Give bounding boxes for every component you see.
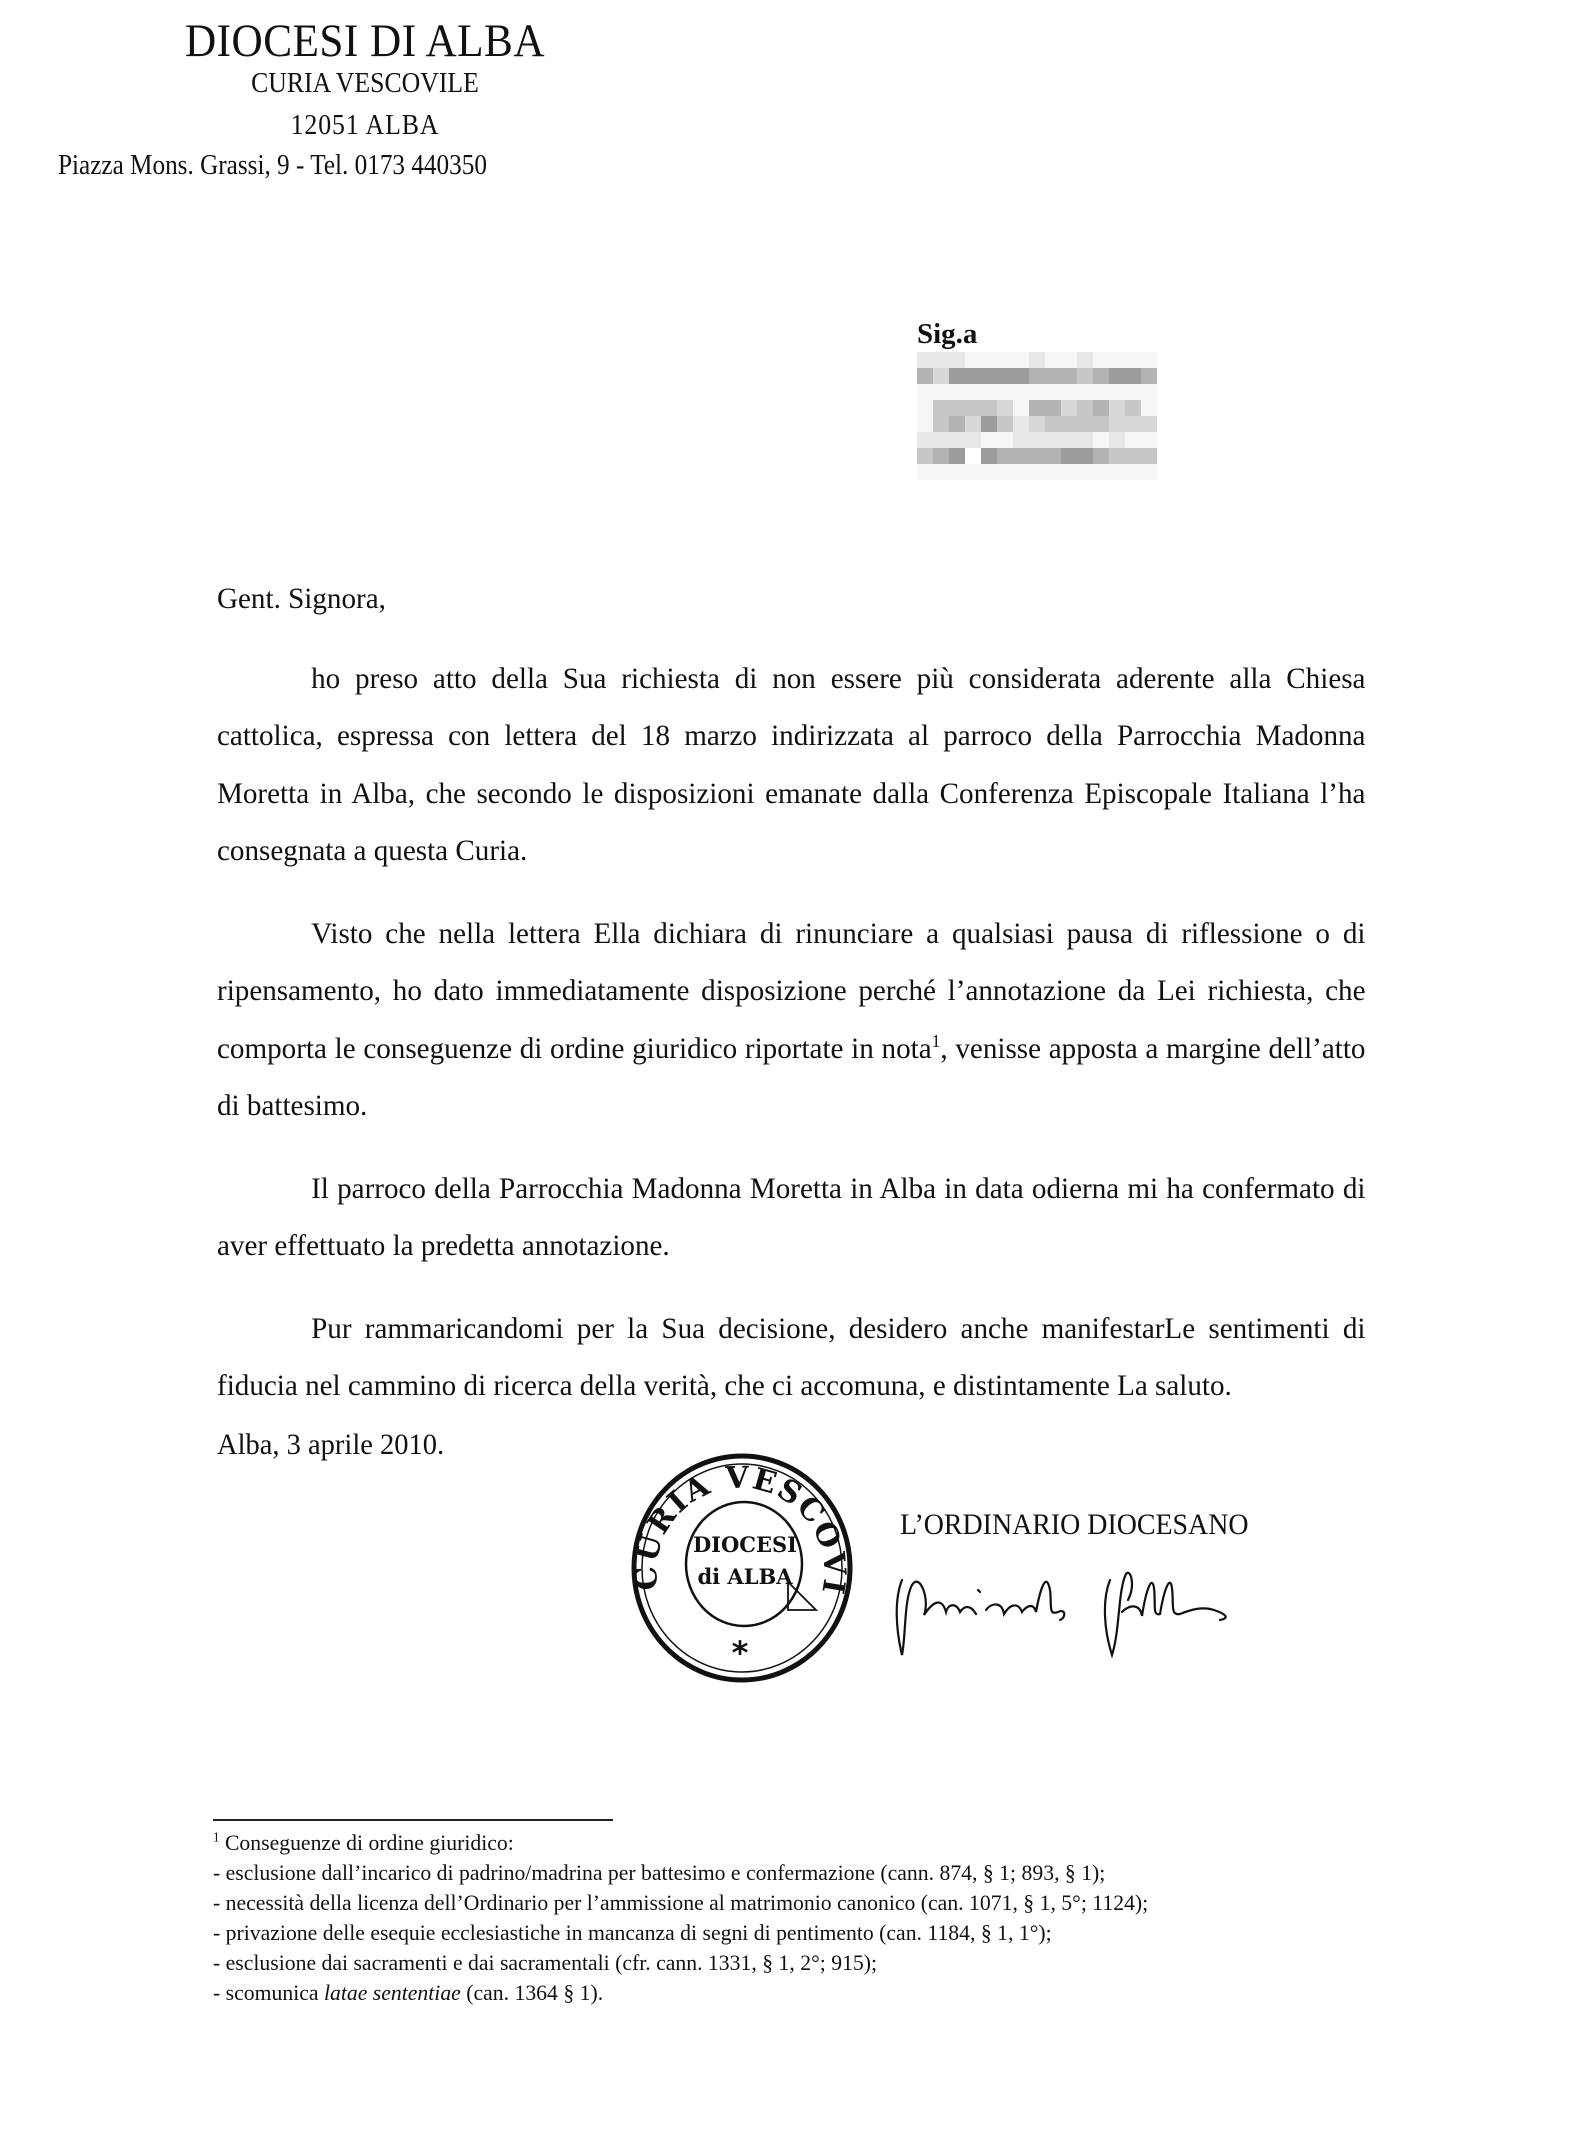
letterhead-title: DIOCESI DI ALBA	[29, 14, 701, 68]
svg-text:DIOCESI: DIOCESI	[693, 1532, 797, 1557]
footnote-item-text: (can. 1364 § 1).	[461, 1980, 603, 2005]
footnote-heading: 1 Conseguenze di ordine giuridico:	[213, 1828, 1371, 1858]
handwritten-signature-icon	[890, 1560, 1340, 1660]
curia-stamp-icon: CURIA VESCOVILE DIOCESI di ALBA *	[628, 1452, 856, 1684]
svg-text:di ALBA: di ALBA	[697, 1564, 793, 1589]
redacted-address-block	[917, 352, 1157, 480]
footnote-item: - necessità della licenza dell’Ordinario…	[213, 1888, 1371, 1918]
letterhead-office: CURIA VESCOVILE	[29, 68, 701, 100]
signatory-title: L’ORDINARIO DIOCESANO	[900, 1508, 1249, 1542]
footnote-item-latin: latae sententiae	[324, 1980, 461, 2005]
paragraph-3: Il parroco della Parrocchia Madonna More…	[217, 1160, 1365, 1275]
footnote-item: - esclusione dall’incarico di padrino/ma…	[213, 1858, 1371, 1888]
footnote-item: - scomunica latae sententiae (can. 1364 …	[213, 1978, 1371, 2008]
footnote-separator	[213, 1819, 613, 1821]
letterhead-address: Piazza Mons. Grassi, 9 - Tel. 0173 44035…	[58, 150, 487, 182]
letterhead-postal: 12051 ALBA	[29, 110, 701, 142]
footnote-item: - esclusione dai sacramenti e dai sacram…	[213, 1948, 1371, 1978]
footnote-item: - privazione delle esequie ecclesiastich…	[213, 1918, 1371, 1948]
footnote-reference: 1	[932, 1031, 941, 1051]
footnote-heading-text: Conseguenze di ordine giuridico:	[225, 1830, 514, 1855]
paragraph-4: Pur rammaricandomi per la Sua decisione,…	[217, 1300, 1365, 1415]
svg-text:*: *	[732, 1634, 749, 1672]
paragraph-1: ho preso atto della Sua richiesta di non…	[217, 650, 1365, 880]
greeting: Gent. Signora,	[217, 570, 1365, 628]
addressee-title: Sig.a	[917, 318, 977, 351]
letter-body: Gent. Signora, ho preso atto della Sua r…	[217, 570, 1365, 1440]
footnote-item-text: - scomunica	[213, 1980, 324, 2005]
date-line: Alba, 3 aprile 2010.	[217, 1428, 444, 1462]
footnote-marker: 1	[213, 1830, 220, 1845]
footnotes: 1 Conseguenze di ordine giuridico: - esc…	[213, 1828, 1371, 2008]
paragraph-2: Visto che nella lettera Ella dichiara di…	[217, 905, 1365, 1135]
